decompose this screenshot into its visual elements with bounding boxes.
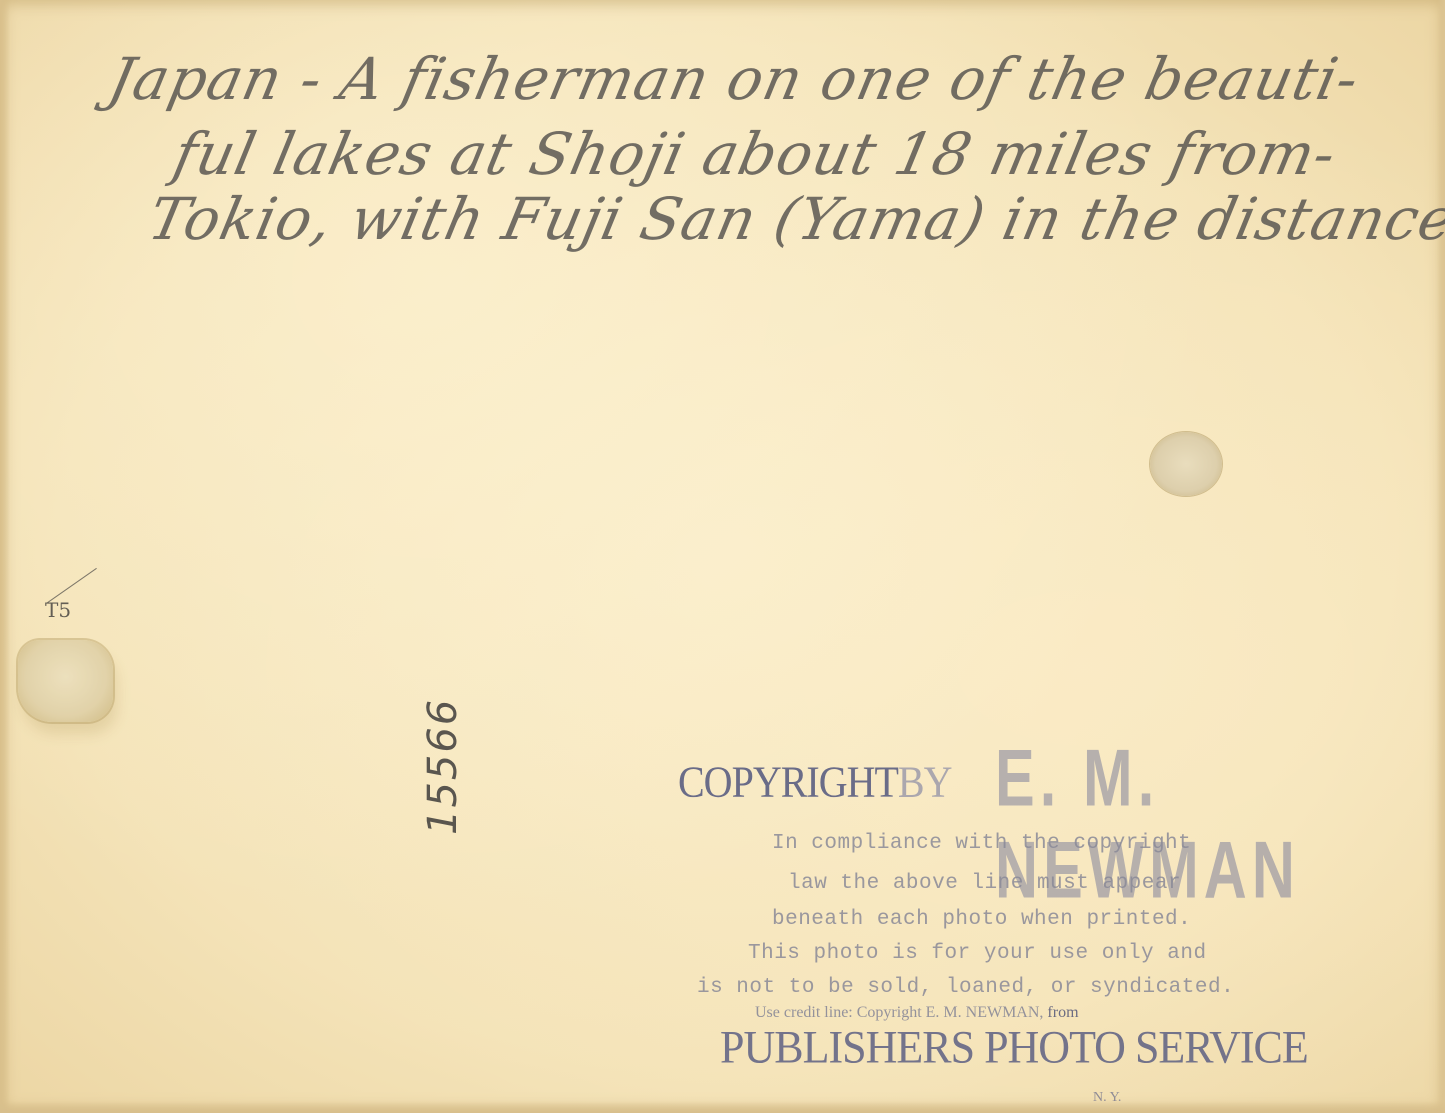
- corner-mark: T5: [45, 598, 71, 622]
- paper-edge-bottom: [0, 1101, 1445, 1113]
- paper-edge-left: [0, 0, 10, 1113]
- glue-stain-icon: [1150, 432, 1222, 496]
- caption-line-3: Tokio, with Fuji San (Yama) in the dista…: [143, 185, 1445, 253]
- notice-line: In compliance with the copyright: [772, 832, 1191, 855]
- notice-line: is not to be sold, loaned, or syndicated…: [697, 976, 1234, 999]
- publisher-stamp: PUBLISHERS PHOTO SERVICE: [720, 1021, 1308, 1075]
- notice-line: beneath each photo when printed.: [772, 908, 1191, 931]
- tape-residue-icon: [18, 640, 113, 722]
- notice-line: law the above line must appear: [788, 872, 1181, 895]
- caption-line-1: Japan - A fisherman on one of the beauti…: [103, 45, 1366, 113]
- paper-edge-right: [1437, 0, 1445, 1113]
- credit-line: Use credit line: Copyright E. M. NEWMAN,…: [755, 1004, 1079, 1022]
- copyright-by: BY: [898, 757, 952, 807]
- notice-line: This photo is for your use only and: [748, 942, 1207, 965]
- publisher-city: N. Y.: [1093, 1090, 1121, 1106]
- copyright-stamp: COPYRIGHTBY: [678, 756, 951, 808]
- credit-line-text: Use credit line: Copyright E. M. NEWMAN,: [755, 1004, 1043, 1021]
- credit-from: from: [1047, 1004, 1078, 1021]
- catalog-number: 15566: [420, 698, 466, 835]
- caption-line-2: ful lakes at Shoji about 18 miles from-: [168, 120, 1343, 188]
- copyright-word: COPYRIGHT: [678, 757, 898, 807]
